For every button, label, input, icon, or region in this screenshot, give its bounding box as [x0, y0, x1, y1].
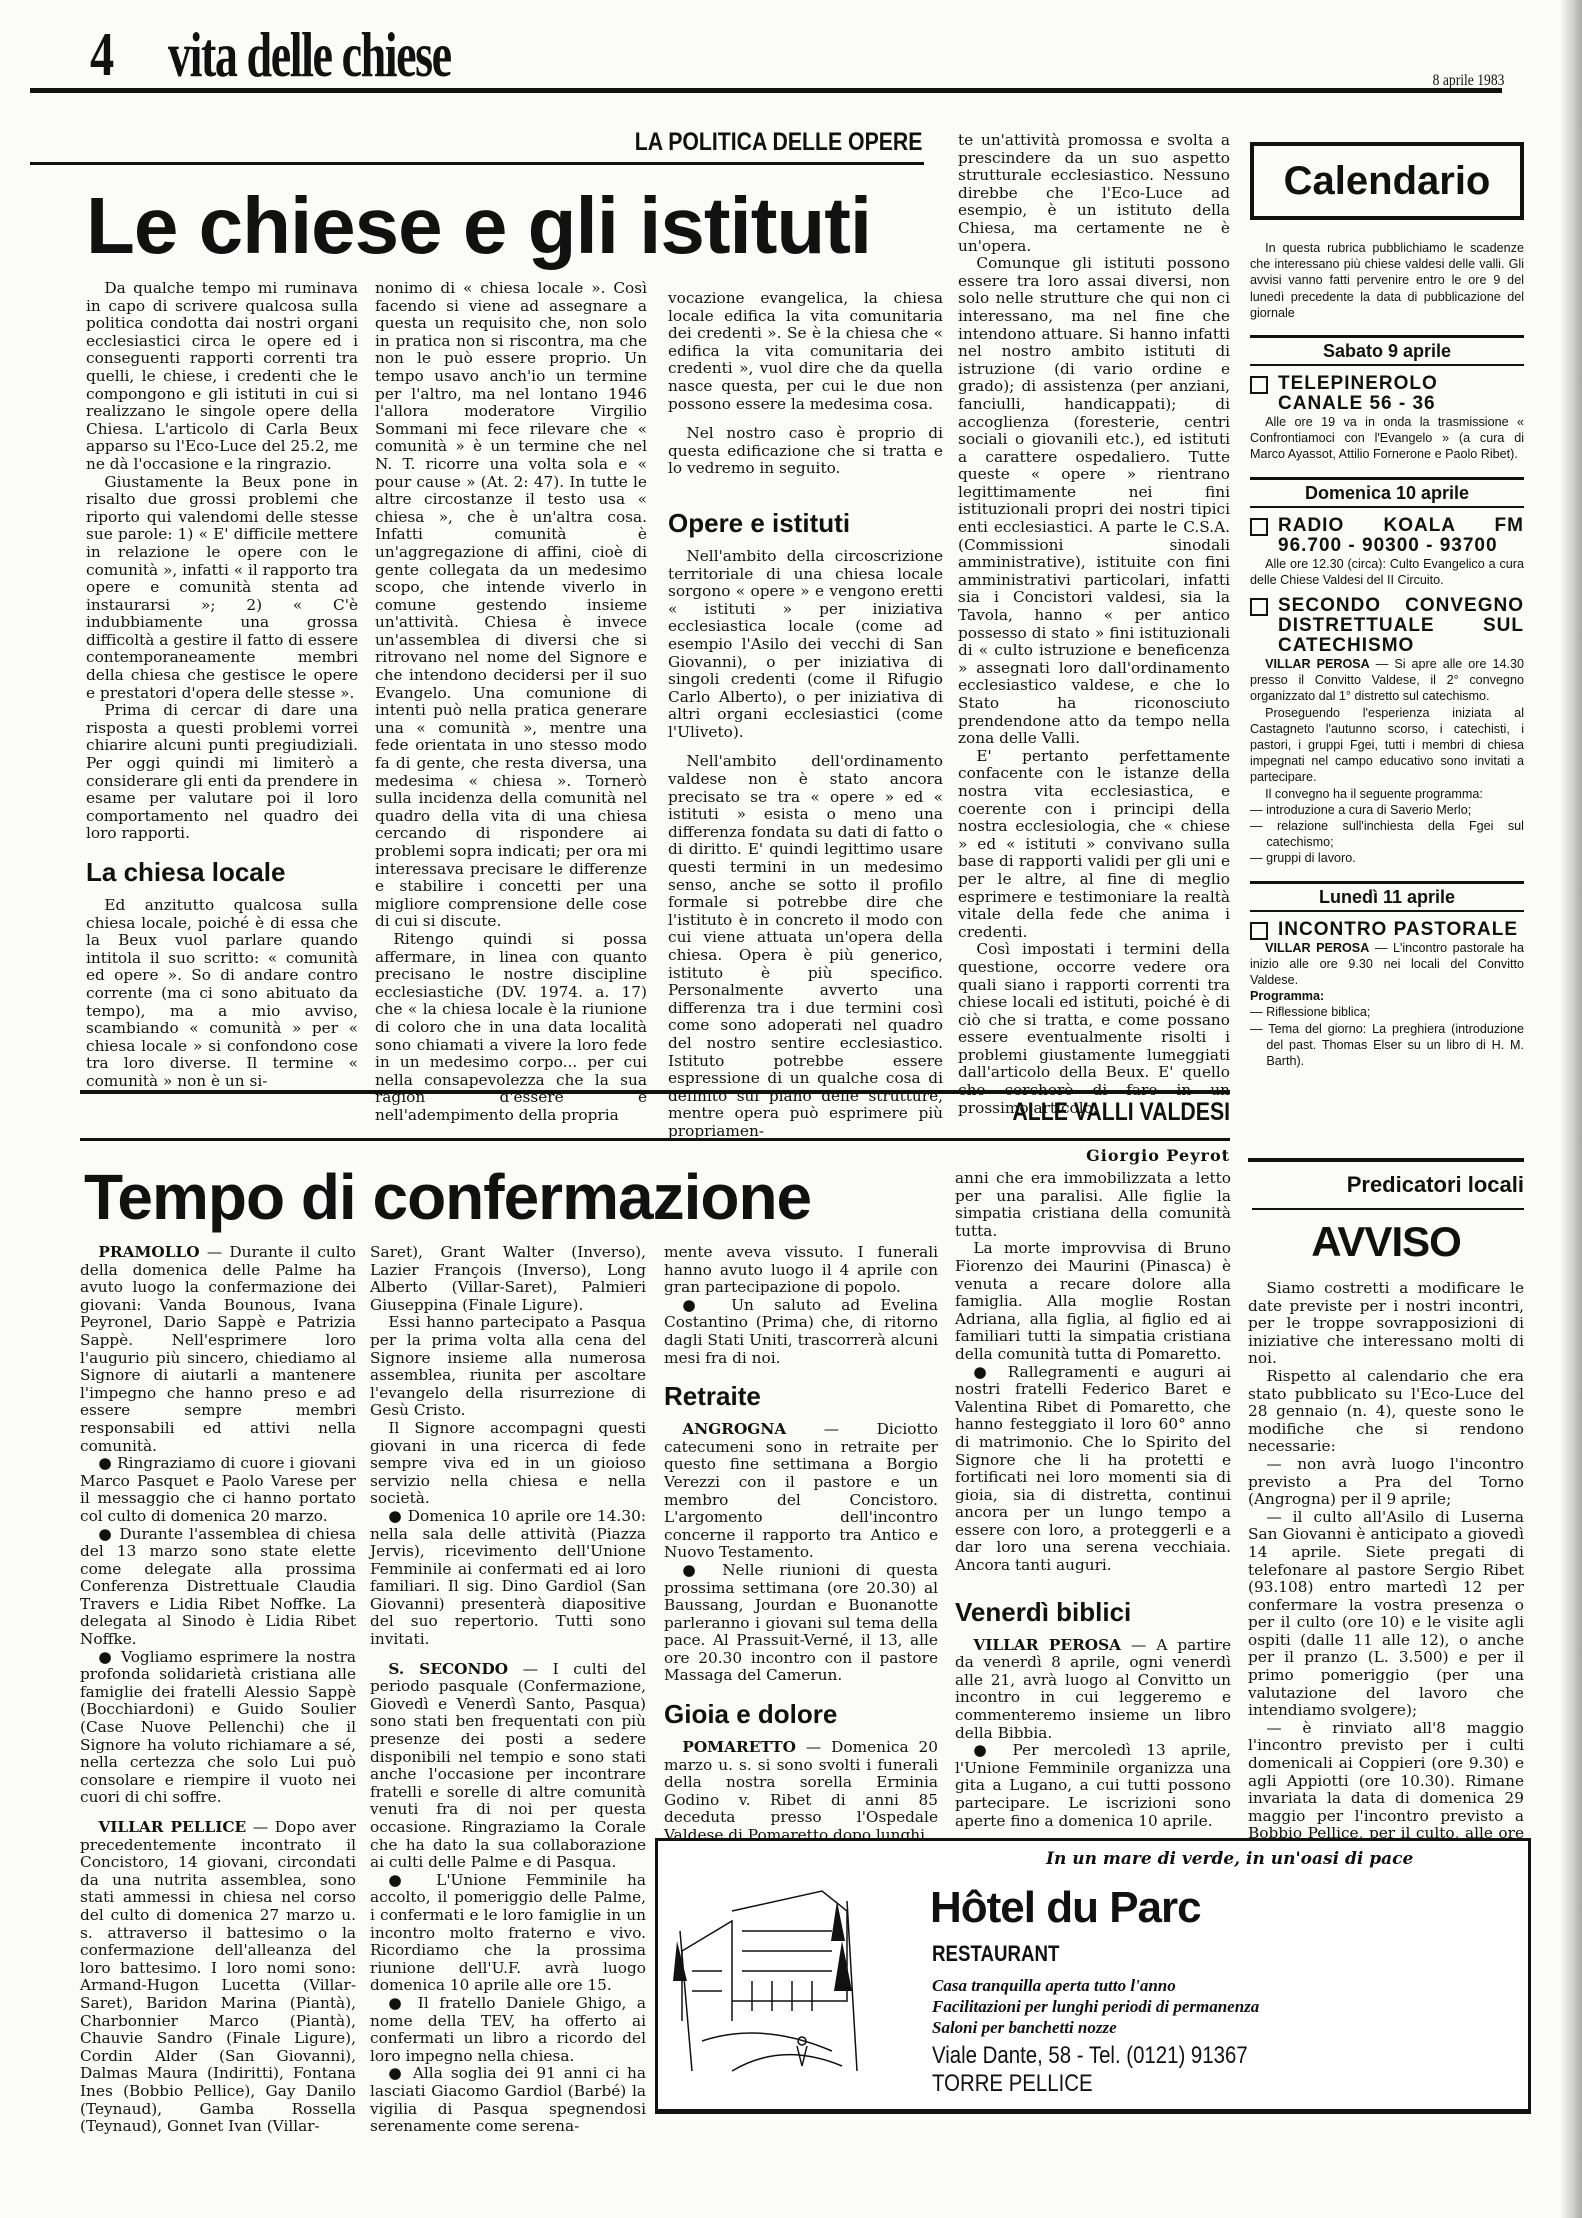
paragraph: ● Nelle riunioni di questa prossima sett…	[664, 1562, 938, 1685]
paragraph: Da qualche tempo mi ruminava in capo di …	[86, 280, 358, 474]
day-header: Domenica 10 aprile	[1250, 477, 1524, 508]
event-title: TELEPINEROLO CANALE 56 - 36	[1250, 374, 1524, 414]
advert-address: Viale Dante, 58 - Tel. (0121) 91367	[932, 2041, 1248, 2071]
paragraph: anni che era immobilizzata a letto per u…	[955, 1170, 1231, 1240]
advert-city: TORRE PELLICE	[932, 2069, 1093, 2099]
article2-column-3: mente aveva vissuto. I funerali hanno av…	[664, 1244, 938, 1845]
paragraph: vocazione evangelica, la chiesa locale e…	[668, 290, 943, 413]
paragraph: — non avrà luogo l'incontro previsto a P…	[1248, 1456, 1524, 1509]
subheading-venerdi-biblici: Venerdì biblici	[955, 1597, 1231, 1627]
advert-hotel-name: Hôtel du Parc	[930, 1883, 1201, 1933]
article-separator	[80, 1090, 1230, 1094]
advert-subtitle: RESTAURANT	[932, 1941, 1059, 1967]
paragraph: La morte improvvisa di Bruno Fiorenzo de…	[955, 1240, 1231, 1363]
event-text: Alle ore 12.30 (circa): Culto Evangelico…	[1250, 556, 1524, 588]
article1-column-2: nonimo di « chiesa locale ». Così facend…	[375, 280, 647, 1125]
paragraph: ● Alla soglia dei 91 anni ci ha lasciati…	[370, 2065, 646, 2135]
event-title: INCONTRO PASTORALE	[1250, 920, 1524, 940]
paragraph: mente aveva vissuto. I funerali hanno av…	[664, 1244, 938, 1297]
page-edge-shadow	[1560, 0, 1582, 2218]
hotel-advert: In un mare di verde, in un'oasi di pace …	[655, 1838, 1531, 2114]
event-title: RADIO KOALA FM 96.700 - 90300 - 93700	[1250, 516, 1524, 556]
article2-headline: Tempo di confermazione	[84, 1160, 811, 1234]
article1-headline: Le chiese e gli istituti	[86, 180, 871, 272]
program-label: Programma:	[1250, 988, 1524, 1004]
paragraph: ● Per mercoledì 13 aprile, l'Unione Femm…	[955, 1742, 1231, 1830]
subheading-chiesa-locale: La chiesa locale	[86, 857, 358, 887]
paragraph: ● Rallegramenti e auguri ai nostri frate…	[955, 1364, 1231, 1575]
paragraph: ● Vogliamo esprimere la nostra profonda …	[80, 1649, 356, 1807]
place-name: POMARETTO	[682, 1738, 796, 1756]
page-number: 4	[90, 20, 113, 91]
event-place: VILLAR PEROSA	[1265, 941, 1369, 955]
paragraph: Giustamente la Beux pone in risalto due …	[86, 474, 358, 703]
predicatori-kicker: Predicatori locali	[1248, 1172, 1524, 1198]
place-name: ANGROGNA	[682, 1420, 786, 1438]
checkbox-icon	[1250, 922, 1268, 940]
event-title: SECONDO CONVEGNO DISTRETTUALE SUL CATECH…	[1250, 596, 1524, 656]
checkbox-icon	[1250, 598, 1268, 616]
program-list: — Riflessione biblica; — Tema del giorno…	[1250, 1004, 1524, 1069]
advert-lines: Casa tranquilla aperta tutto l'anno Faci…	[932, 1975, 1259, 2038]
event-text: Il convegno ha il seguente programma:	[1250, 786, 1524, 802]
paragraph: ● L'Unione Femminile ha accolto, il pome…	[370, 1872, 646, 1995]
day-header: Sabato 9 aprile	[1250, 335, 1524, 366]
program-list: — introduzione a cura di Saverio Merlo; …	[1250, 802, 1524, 867]
advert-tagline: In un mare di verde, in un'oasi di pace	[1046, 1849, 1413, 1869]
subheading-opere-istituti: Opere e istituti	[668, 508, 943, 538]
place-name: S. SECONDO	[388, 1660, 508, 1678]
paragraph: Nell'ambito della circoscrizione territo…	[668, 548, 943, 742]
paragraph: te un'attività promossa e svolta a presc…	[958, 132, 1230, 255]
article1-column-3: vocazione evangelica, la chiesa locale e…	[668, 290, 943, 1141]
event-text: Alle ore 19 va in onda la trasmissione «…	[1250, 414, 1524, 463]
paragraph: E' pertanto perfettamente confacente con…	[958, 748, 1230, 942]
paragraph: Ritengo quindi si possa affermare, in li…	[375, 931, 647, 1125]
paragraph: Ed anzitutto qualcosa sulla chiesa local…	[86, 897, 358, 1091]
paragraph: ● Domenica 10 aprile ore 14.30: nella sa…	[370, 1508, 646, 1649]
paragraph: ● Il fratello Daniele Ghigo, a nome dell…	[370, 1995, 646, 2065]
subheading-gioia-dolore: Gioia e dolore	[664, 1699, 938, 1729]
section-rule	[1252, 1208, 1524, 1210]
article2-column-2: Saret), Grant Walter (Inverso), Lazier F…	[370, 1244, 646, 2136]
paragraph: Saret), Grant Walter (Inverso), Lazier F…	[370, 1244, 646, 1314]
kicker-rule	[80, 1138, 1230, 1141]
checkbox-icon	[1250, 518, 1268, 536]
section-rule	[1248, 1158, 1524, 1162]
predicatori-column: Siamo costretti a modificare le date pre…	[1248, 1280, 1524, 1861]
article2-kicker: ALLE VALLI VALDESI	[1012, 1098, 1230, 1127]
event-text: Proseguendo l'esperienza iniziata al Cas…	[1250, 705, 1524, 786]
event-place: VILLAR PEROSA	[1265, 657, 1370, 671]
article2-column-4: anni che era immobilizzata a letto per u…	[955, 1170, 1231, 1830]
paragraph: — il culto all'Asilo di Luserna San Giov…	[1248, 1509, 1524, 1720]
paragraph: Essi hanno partecipato a Pasqua per la p…	[370, 1314, 646, 1420]
author-signature: Giorgio Peyrot	[958, 1147, 1230, 1165]
calendario-intro: In questa rubrica pubblichiamo le scaden…	[1250, 240, 1524, 321]
kicker-rule	[30, 162, 924, 165]
paragraph: Prima di cercar di dare una risposta a q…	[86, 702, 358, 843]
paragraph: Comunque gli istituti possono essere tra…	[958, 255, 1230, 748]
calendario-title: Calendario	[1250, 142, 1524, 220]
hotel-illustration-icon	[672, 1871, 862, 2081]
place-name: VILLAR PEROSA	[973, 1636, 1121, 1654]
paragraph: ● Un saluto ad Evelina Costantino (Prima…	[664, 1297, 938, 1367]
avviso-title: AVVISO	[1248, 1218, 1524, 1266]
subheading-retraite: Retraite	[664, 1381, 938, 1411]
paragraph: ● Ringraziamo di cuore i giovani Marco P…	[80, 1455, 356, 1525]
calendario-column: In questa rubrica pubblichiamo le scaden…	[1250, 240, 1524, 1069]
paragraph: Nel nostro caso è proprio di questa edif…	[668, 425, 943, 478]
paragraph: Il Signore accompagni questi giovani in …	[370, 1420, 646, 1508]
paragraph: Siamo costretti a modificare le date pre…	[1248, 1280, 1524, 1368]
place-name: PRAMOLLO	[98, 1243, 199, 1261]
article1-column-4: te un'attività promossa e svolta a presc…	[958, 132, 1230, 1165]
section-title: vita delle chiese	[168, 18, 451, 92]
checkbox-icon	[1250, 376, 1268, 394]
paragraph: Rispetto al calendario che era stato pub…	[1248, 1368, 1524, 1456]
paragraph: ● Durante l'assemblea di chiesa del 13 m…	[80, 1526, 356, 1649]
article1-column-1: Da qualche tempo mi ruminava in capo di …	[86, 280, 358, 1091]
paragraph: nonimo di « chiesa locale ». Così facend…	[375, 280, 647, 931]
place-name: VILLAR PELLICE	[98, 1818, 246, 1836]
masthead-rule	[30, 88, 1502, 93]
day-header: Lunedì 11 aprile	[1250, 881, 1524, 912]
article2-column-1: PRAMOLLO — Durante il culto della domeni…	[80, 1244, 356, 2136]
article1-kicker: LA POLITICA DELLE OPERE	[634, 128, 922, 157]
paragraph: Nell'ambito dell'ordinamento valdese non…	[668, 753, 943, 1140]
